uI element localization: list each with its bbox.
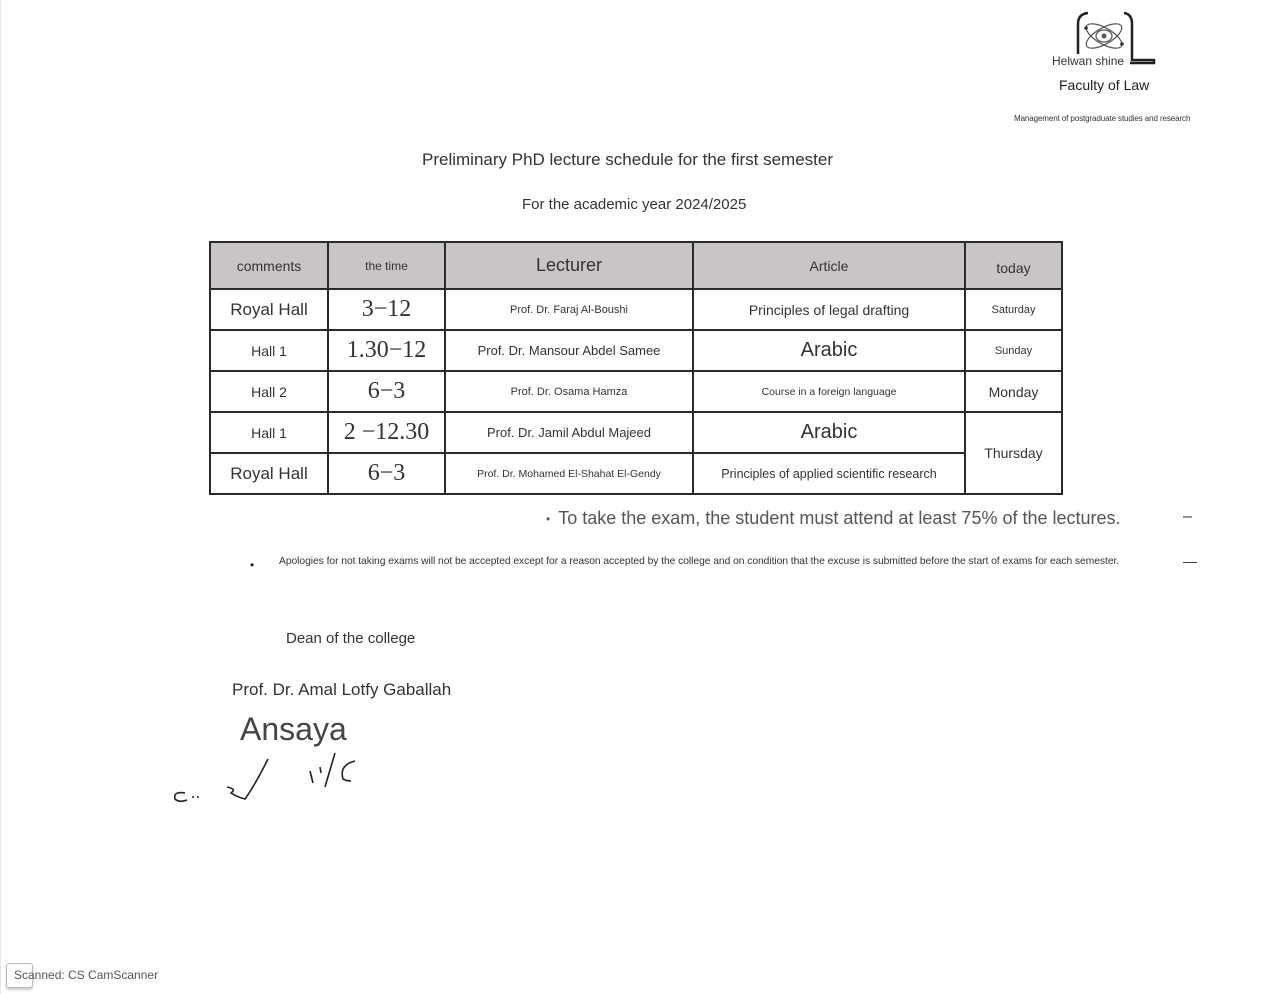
cell-article: Arabic (693, 330, 965, 371)
cell-day: Saturday (965, 289, 1062, 330)
table-row: Royal Hall 6−3 Prof. Dr. Mohamed El-Shah… (210, 453, 1062, 494)
cell-lecturer: Prof. Dr. Osama Hamza (445, 371, 693, 412)
note-attendance: •To take the exam, the student must atte… (546, 508, 1121, 529)
column-header-day: today (965, 242, 1062, 289)
cell-time: 3−12 (328, 289, 445, 330)
cell-lecturer: Prof. Dr. Jamil Abdul Majeed (445, 412, 693, 453)
handwritten-signature: Ansaya (240, 711, 347, 748)
cell-comments: Hall 2 (210, 371, 328, 412)
cell-article: Course in a foreign language (693, 371, 965, 412)
cell-lecturer: Prof. Dr. Mansour Abdel Samee (445, 330, 693, 371)
cell-comments: Hall 1 (210, 330, 328, 371)
table-row: Hall 1 2 −12.30 Prof. Dr. Jamil Abdul Ma… (210, 412, 1062, 453)
cell-comments: Royal Hall (210, 289, 328, 330)
lecture-schedule-table: comments the time Lecturer Article today… (209, 241, 1063, 495)
cell-day: Sunday (965, 330, 1062, 371)
note-excuses: Apologies for not taking exams will not … (279, 556, 1119, 567)
document-subtitle: For the academic year 2024/2025 (522, 196, 746, 213)
cell-comments: Royal Hall (210, 453, 328, 494)
column-header-comments: comments (210, 242, 328, 289)
faculty-name: Faculty of Law (1059, 77, 1149, 93)
signature-scribble-icon (165, 745, 375, 810)
signatory-name: Prof. Dr. Amal Lotfy Gaballah (232, 680, 451, 700)
cell-time: 1.30−12 (328, 330, 445, 371)
cell-article: Arabic (693, 412, 965, 453)
table-row: Royal Hall 3−12 Prof. Dr. Faraj Al-Boush… (210, 289, 1062, 330)
signatory-role: Dean of the college (286, 630, 415, 647)
cell-article: Principles of legal drafting (693, 289, 965, 330)
cell-time: 2 −12.30 (328, 412, 445, 453)
cell-day: Monday (965, 371, 1062, 412)
column-header-article: Article (693, 242, 965, 289)
scanner-watermark: Scanned: CS CamScanner (5, 962, 158, 988)
cell-day: Thursday (965, 412, 1062, 494)
bullet-icon: • (546, 512, 550, 526)
dash-icon: — (1183, 553, 1197, 569)
cell-article: Principles of applied scientific researc… (693, 453, 965, 494)
cell-time: 6−3 (328, 371, 445, 412)
table-row: Hall 1 1.30−12 Prof. Dr. Mansour Abdel S… (210, 330, 1062, 371)
table-header-row: comments the time Lecturer Article today (210, 242, 1062, 289)
department-name: Management of postgraduate studies and r… (1014, 114, 1190, 123)
column-header-lecturer: Lecturer (445, 242, 693, 289)
dash-icon: – (1183, 508, 1192, 526)
column-header-time: the time (328, 242, 445, 289)
cell-lecturer: Prof. Dr. Faraj Al-Boushi (445, 289, 693, 330)
cell-time: 6−3 (328, 453, 445, 494)
cell-lecturer: Prof. Dr. Mohamed El-Shahat El-Gendy (445, 453, 693, 494)
institution-name: Helwan shine (1052, 54, 1124, 68)
bullet-icon: • (250, 558, 254, 572)
cell-comments: Hall 1 (210, 412, 328, 453)
table-row: Hall 2 6−3 Prof. Dr. Osama Hamza Course … (210, 371, 1062, 412)
